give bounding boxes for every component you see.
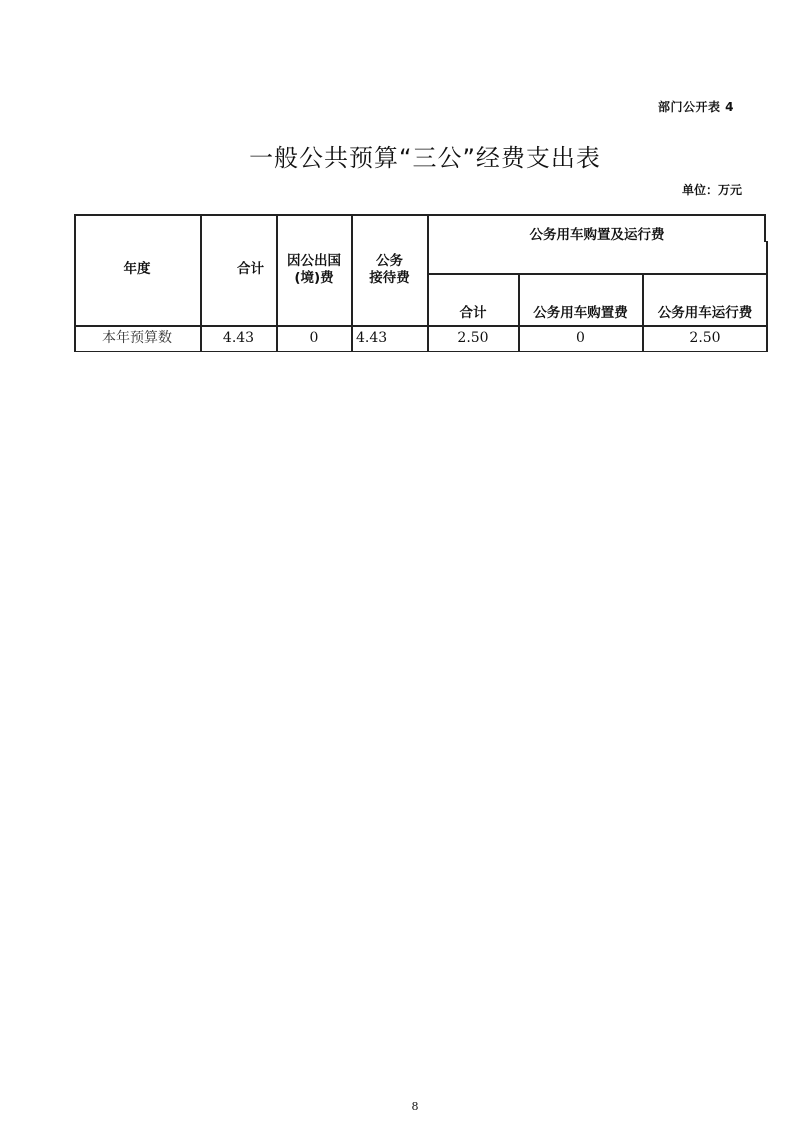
cell-total: 4.43 — [201, 326, 276, 351]
cell-reception: 4.43 — [352, 326, 427, 351]
cell-vehicle-total: 2.50 — [428, 326, 518, 351]
header-reception-line1: 公务 — [376, 253, 403, 270]
header-overseas-line2: (境)费 — [294, 270, 333, 287]
cell-vehicle-operation: 2.50 — [643, 326, 767, 351]
header-reception-line2: 接待费 — [369, 270, 410, 287]
header-vehicle-purchase: 公务用车购置费 — [519, 302, 642, 324]
header-total: 合计 — [201, 214, 276, 325]
expenditure-table: 年度 合计 因公出国 (境)费 公务 接待费 公务用车购置及运行费 合计 公务用… — [74, 214, 767, 352]
page-number: 8 — [405, 1100, 425, 1113]
page-title: 一般公共预算“三公”经费支出表 — [0, 138, 793, 173]
header-overseas-line1: 因公出国 — [287, 253, 341, 270]
unit-label: 单位：万元 — [682, 181, 742, 198]
cell-year: 本年预算数 — [74, 326, 200, 351]
vehicle-group-divider — [427, 273, 768, 275]
header-vehicle-group: 公务用车购置及运行费 — [428, 220, 766, 250]
form-number: 部门公开表 4 — [658, 98, 734, 115]
header-year: 年度 — [74, 214, 200, 325]
cell-overseas: 0 — [277, 326, 351, 351]
header-reception: 公务 接待费 — [352, 214, 427, 325]
header-overseas: 因公出国 (境)费 — [277, 214, 351, 325]
header-vehicle-operation: 公务用车运行费 — [643, 302, 767, 324]
header-total-label: 合计 — [237, 261, 264, 278]
header-vehicle-total: 合计 — [428, 302, 518, 324]
cell-vehicle-purchase: 0 — [519, 326, 642, 351]
